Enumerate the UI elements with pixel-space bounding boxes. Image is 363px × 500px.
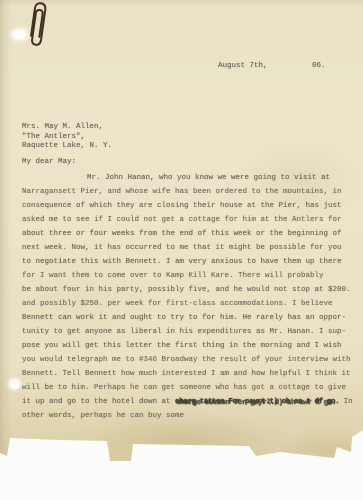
letter-page: August 7th, 06. Mrs. May M. Allen, "The …: [0, 0, 363, 465]
overtyped-illegible-text: oberg tatLon For payrt.t) oh an t df go.…: [175, 395, 339, 409]
body-line: tunity to get anyone as liberal in his e…: [22, 325, 360, 339]
recipient-residence: "The Antlers",: [22, 133, 112, 143]
body-line: be about four in his party, possibly fiv…: [22, 283, 360, 297]
body-line: Mr. John Hanan, who you know we were goi…: [22, 171, 360, 185]
body-line: and possibly $250. per week for first-cl…: [22, 297, 360, 311]
body-line: for I want them to come over to Kamp Kil…: [22, 269, 360, 283]
body-line: pose you will get this letter the first …: [22, 339, 360, 353]
body-line: you would telegraph me to #346 Broadway …: [22, 353, 360, 367]
date-line: August 7th, 06.: [0, 62, 363, 74]
letter-date: August 7th,: [218, 62, 268, 70]
body-line: Bennett. Tell Bennett how much intereste…: [22, 367, 360, 381]
body-line-overtyped: it up and go to the hotel down at oberg …: [22, 395, 360, 409]
recipient-name: Mrs. May M. Allen,: [22, 123, 112, 133]
body-line: about three or four weeks from the end o…: [22, 227, 360, 241]
body-line: to negotiate this with Bennett. I am ver…: [22, 255, 360, 269]
body-line: will be to him. Perhaps he can get someo…: [22, 381, 360, 395]
body-line: asked me to see if I could not get a cot…: [22, 213, 360, 227]
body-line: other words, perhaps he can buy some: [22, 409, 360, 423]
body-line-suffix: In: [344, 398, 353, 406]
recipient-city: Raquette Lake, N. Y.: [22, 142, 112, 152]
body-line: Bennett can work it and ought to try to …: [22, 311, 360, 325]
letter-body: Mr. John Hanan, who you know we were goi…: [22, 171, 360, 423]
body-line: next week. Now, it has occurred to me th…: [22, 241, 360, 255]
salutation: My dear May:: [22, 158, 76, 166]
body-line: Narragansett Pier, and whose wife has be…: [22, 185, 360, 199]
recipient-address: Mrs. May M. Allen, "The Antlers", Raquet…: [22, 123, 112, 152]
letter-year: 06.: [312, 62, 326, 70]
body-line: consequence of which they are closing th…: [22, 199, 360, 213]
scanned-letter: August 7th, 06. Mrs. May M. Allen, "The …: [0, 0, 363, 500]
paper-spot: [10, 380, 19, 388]
body-line-prefix: it up and go to the hotel down at: [22, 398, 175, 406]
